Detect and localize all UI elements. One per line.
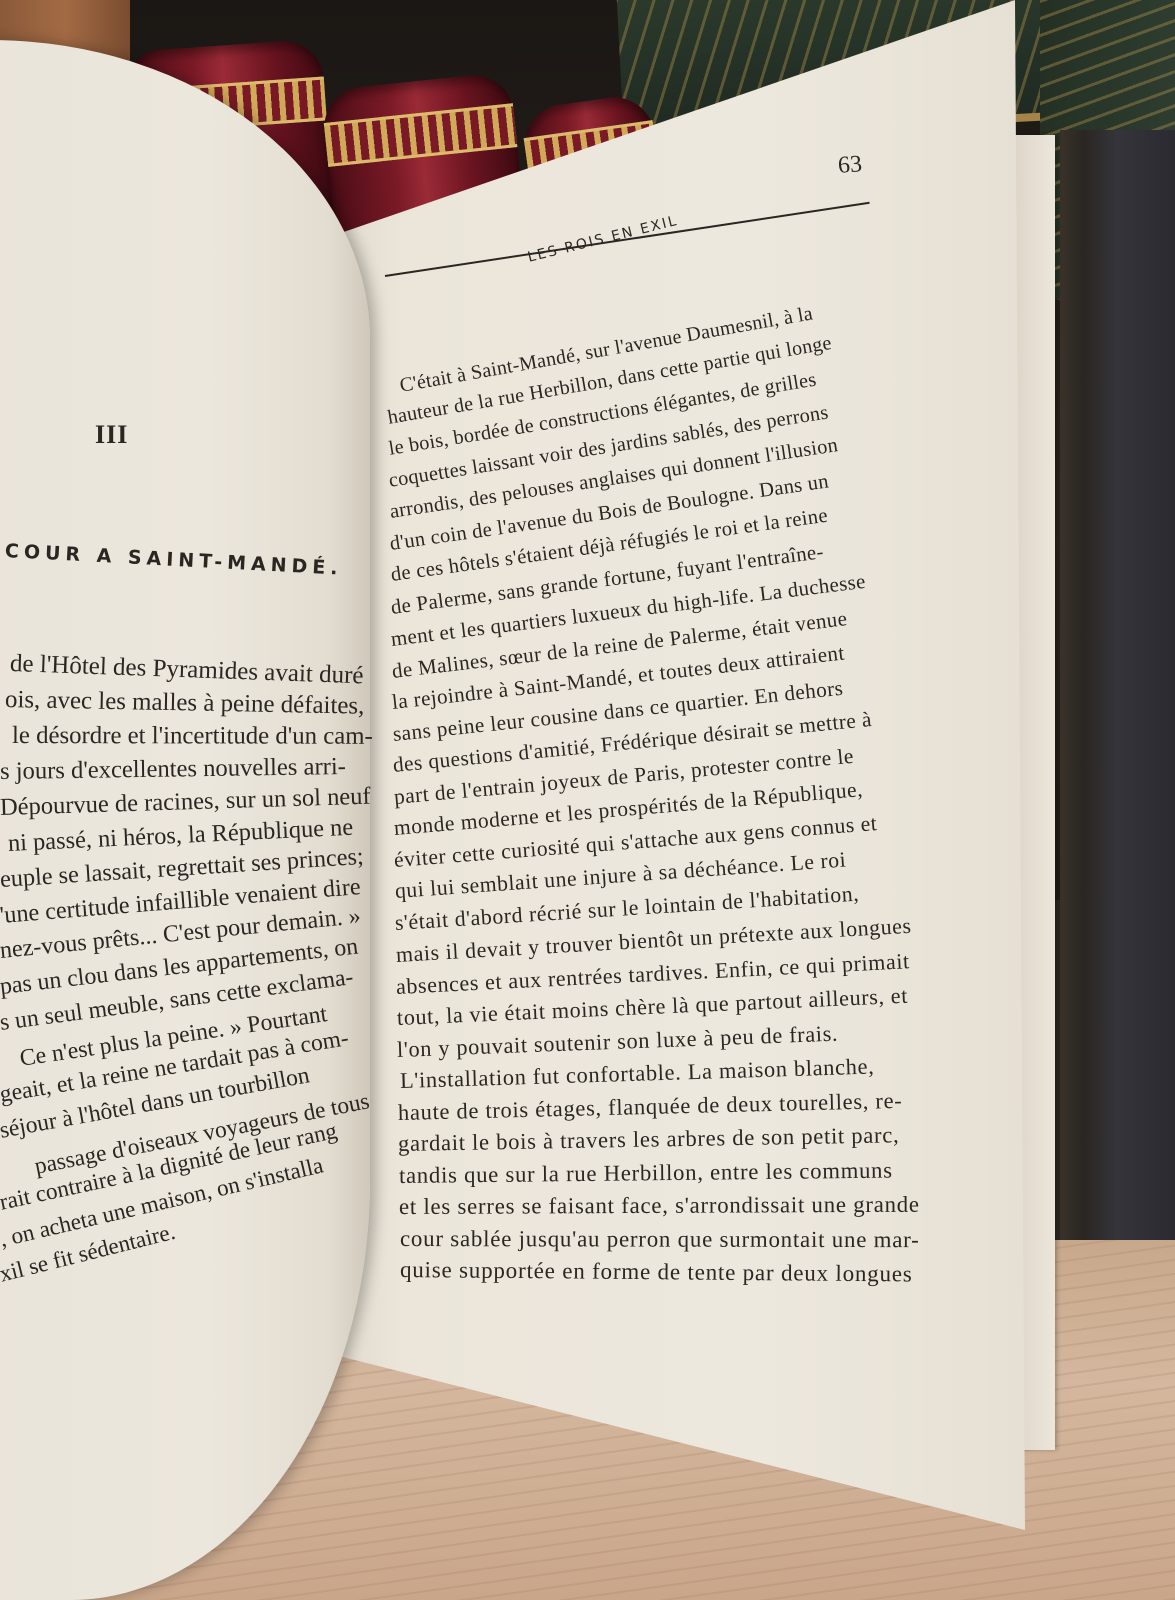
text-line: s jours d'excellentes nouvelles arri- [0,753,346,786]
text-line: et les serres se faisant face, s'arrondi… [399,1192,920,1220]
chapter-number: III [95,420,128,450]
book-photo-scene: 63 LES ROIS EN EXIL C'était à Saint-Mand… [0,0,1175,1600]
dark-book-cover [1060,130,1175,1330]
gilt-band [324,103,518,167]
page-number: 63 [837,151,863,180]
text-line: tandis que sur la rue Herbillon, entre l… [399,1157,893,1188]
text-line: cour sablée jusqu'au perron que surmonta… [400,1226,920,1253]
text-line: quise supportée en forme de tente par de… [400,1257,913,1287]
text-line: le désordre et l'incertitude d'un cam- [12,722,373,751]
